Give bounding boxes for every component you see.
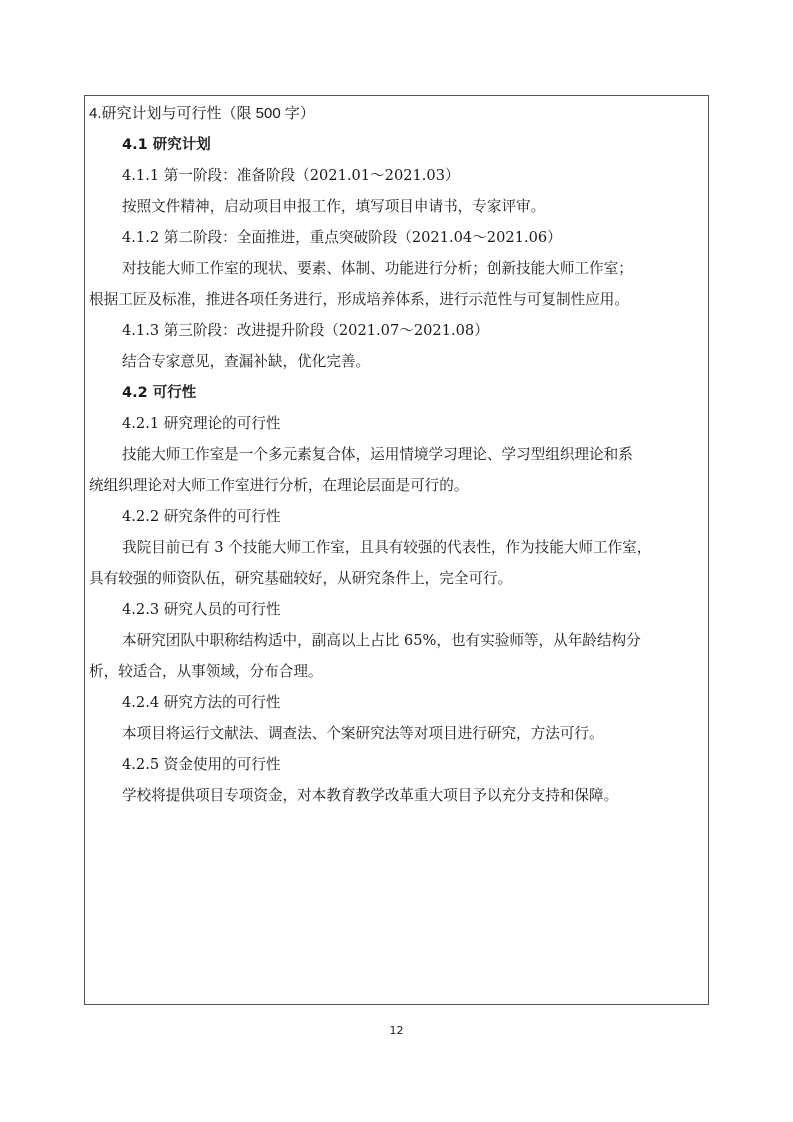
text-line: 对技能大师工作室的现状、要素、体制、功能进行分析；创新技能大师工作室； bbox=[122, 259, 633, 279]
text-line: 4.2.2 研究条件的可行性 bbox=[122, 507, 281, 527]
text-line: 具有较强的师资队伍，研究基础较好，从研究条件上，完全可行。 bbox=[89, 569, 512, 589]
text-line: 4.2.5 资金使用的可行性 bbox=[122, 755, 281, 775]
text-line: 我院目前已有 3 个技能大师工作室，且具有较强的代表性，作为技能大师工作室， bbox=[122, 538, 651, 558]
section-heading: 4.1 研究计划 bbox=[122, 135, 211, 155]
section-heading: 4.2 可行性 bbox=[122, 383, 196, 403]
text-line: 结合专家意见，查漏补缺，优化完善。 bbox=[122, 352, 370, 372]
form-box: 4.研究计划与可行性（限 500 字） 4.1 研究计划4.1.1 第一阶段：准… bbox=[84, 95, 709, 1005]
text-line: 析，较适合，从事领域，分布合理。 bbox=[89, 662, 323, 682]
text-line: 本研究团队中职称结构适中，副高以上占比 65%，也有实验师等，从年龄结构分 bbox=[122, 631, 641, 651]
text-line: 统组织理论对大师工作室进行分析，在理论层面是可行的。 bbox=[89, 476, 468, 496]
text-line: 技能大师工作室是一个多元素复合体，运用情境学习理论、学习型组织理论和系 bbox=[122, 445, 633, 465]
text-line: 本项目将运行文献法、调查法、个案研究法等对项目进行研究，方法可行。 bbox=[122, 724, 604, 744]
text-line: 根据工匠及标准，推进各项任务进行，形成培养体系，进行示范性与可复制性应用。 bbox=[89, 290, 629, 310]
text-line: 按照文件精神，启动项目申报工作，填写项目申请书，专家评审。 bbox=[122, 197, 545, 217]
text-line: 4.2.4 研究方法的可行性 bbox=[122, 693, 281, 713]
text-line: 4.2.1 研究理论的可行性 bbox=[122, 414, 281, 434]
text-line: 4.1.3 第三阶段：改进提升阶段（2021.07～2021.08） bbox=[122, 321, 489, 341]
text-line: 4.1.1 第一阶段：准备阶段（2021.01～2021.03） bbox=[122, 166, 460, 186]
page-number: 12 bbox=[0, 1024, 793, 1037]
text-line: 学校将提供项目专项资金，对本教育教学改革重大项目予以充分支持和保障。 bbox=[122, 786, 618, 806]
text-line: 4.1.2 第二阶段：全面推进，重点突破阶段（2021.04～2021.06） bbox=[122, 228, 562, 248]
text-line: 4.2.3 研究人员的可行性 bbox=[122, 600, 281, 620]
section-title: 4.研究计划与可行性（限 500 字） bbox=[89, 104, 315, 124]
